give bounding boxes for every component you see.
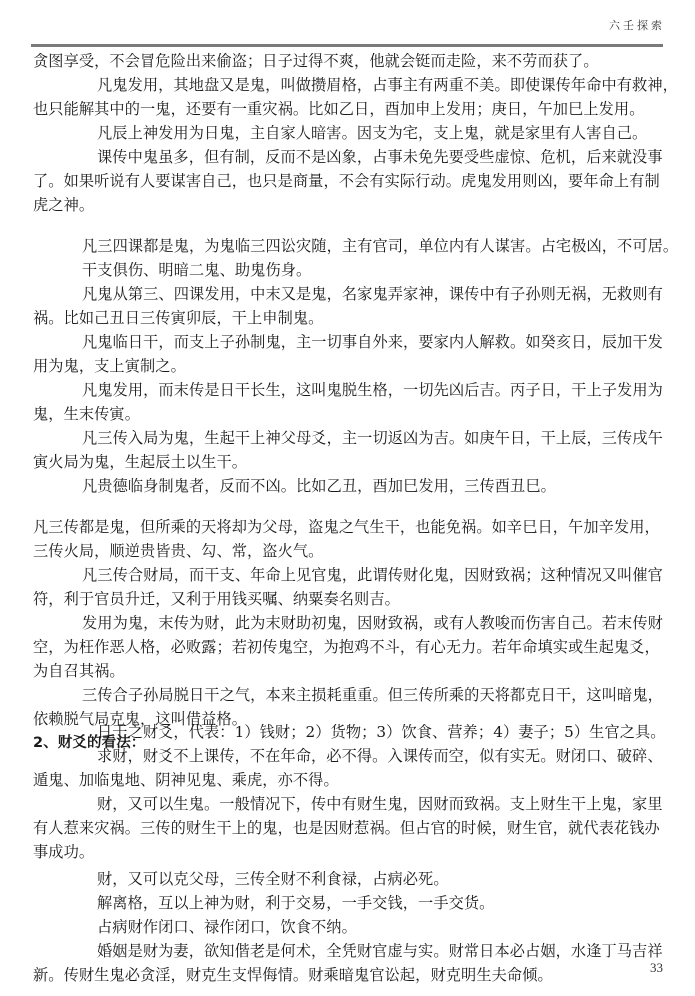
text-line: 求财，财爻不上课传，不在年命，必不得。入课传而空，似有实无。财闭口、破碎、 bbox=[97, 745, 663, 767]
text-line: 干支俱伤、明暗二鬼、助鬼伤身。 bbox=[82, 259, 311, 281]
text-line: 有人惹来灾祸。三传的财生干上的鬼，也是因财惹祸。但占官的时候，财生官，就代表花钱… bbox=[33, 817, 660, 839]
text-line: 符，利于官员升迁，又利于用钱买嘱、纳粟奏名则吉。 bbox=[33, 588, 400, 610]
text-line: 三传火局，顺逆贵皆贵、勾、常，盗火气。 bbox=[33, 540, 323, 562]
text-line: 遁鬼、加临鬼地、阴神见鬼、乘虎，亦不得。 bbox=[33, 769, 339, 791]
text-line: 婚姻是财为妻，欲知偕老是何术，全凭财官虚与实。财常日本必占姻，水逢丁马吉祥 bbox=[97, 940, 663, 962]
text-line: 凡鬼临日干，而支上子孙制鬼，主一切事自外来，要家内人解救。如癸亥日，辰加干发 bbox=[82, 331, 663, 353]
text-line: 凡三四课都是鬼，为鬼临三四讼灾随，主有官司，单位内有人谋害。占宅极凶，不可居。 bbox=[82, 235, 678, 257]
text-line: 为自召其祸。 bbox=[33, 660, 125, 682]
text-line: 凡贵德临身制鬼者，反而不凶。比如乙丑，酉加巳发用，三传酉丑巳。 bbox=[82, 475, 556, 497]
text-line: 凡鬼从第三、四课发用，中末又是鬼，名家鬼弄家神，课传中有子孙则无祸，无救则有 bbox=[82, 283, 663, 305]
text-line: 了。如果听说有人要谋害自己，也只是商量，不会有实际行动。虎鬼发用则凶，要年命上有… bbox=[33, 170, 660, 192]
text-line: 事成功。 bbox=[33, 841, 94, 863]
text-line: 财，又可以克父母，三传全财不利食禄，占病必死。 bbox=[97, 868, 449, 890]
text-line: 虎之神。 bbox=[33, 194, 94, 216]
text-line: 新。传财生鬼必贪淫，财克生支悍侮情。财乘暗鬼官讼起，财克明生夫命倾。 bbox=[33, 964, 553, 986]
text-line: 祸。比如己丑日三传寅卯辰，干上申制鬼。 bbox=[33, 307, 323, 329]
text-line: 凡三传入局为鬼，生起干上神父母爻，主一切返凶为吉。如庚午日，干上辰，三传戌午 bbox=[82, 427, 663, 449]
text-line: 凡三传合财局，而干支、年命上见官鬼，此谓传财化鬼，因财致祸；这种情况又叫催官 bbox=[82, 564, 663, 586]
text-line: 三传合子孙局脱日干之气，本来主损耗重重。但三传所乘的天将都克日干，这叫暗鬼， bbox=[82, 684, 663, 706]
text-line: 凡三传都是鬼，但所乘的天将却为父母，盗鬼之气生干，也能免祸。如辛巳日，午加辛发用… bbox=[33, 516, 660, 538]
text-line: 凡鬼发用，其地盘又是鬼，叫做攒眉格，占事主有两重不美。即使课传年命中有救神， bbox=[97, 74, 678, 96]
text-line: 凡辰上神发用为日鬼，主自家人暗害。因支为宅，支上鬼，就是家里有人害自己。 bbox=[97, 122, 647, 144]
text-line: 解离格，互以上神为财，利于交易，一手交钱，一手交货。 bbox=[97, 892, 494, 914]
text-line: 课传中鬼虽多，但有制，反而不是凶象，占事未免先要受些虚惊、危机，后来就没事 bbox=[97, 146, 663, 168]
header-divider bbox=[31, 44, 663, 47]
text-line: 鬼，生末传寅。 bbox=[33, 403, 140, 425]
text-line: 凡鬼发用，而末传是日干长生，这叫鬼脱生格，一切先凶后吉。丙子日，干上子发用为 bbox=[82, 379, 663, 401]
page-number: 33 bbox=[650, 960, 663, 976]
text-line: 寅火局为鬼，生起辰土以生干。 bbox=[33, 451, 247, 473]
text-line: 财，又可以生鬼。一般情况下，传中有财生鬼，因财而致祸。支上财生干上鬼，家里 bbox=[97, 793, 663, 815]
text-line: 发用为鬼，末传为财，此为末财助初鬼，因财致祸，或有人教唆而伤害自己。若末传财 bbox=[82, 612, 663, 634]
text-line: 用为鬼，支上寅制之。 bbox=[33, 355, 186, 377]
text-line: 日干之财爻，代表：1）钱财；2）货物；3）饮食、营养；4）妻子；5）生官之具。 bbox=[97, 721, 666, 743]
text-line: 空，为枉作恶人格，必败露；若初传鬼空，为抱鸡不斗，有心无力。若年命填实或生起鬼爻… bbox=[33, 636, 660, 658]
text-line: 也只能解其中的一鬼，还要有一重灾祸。比如乙日，酉加申上发用；庚日，午加巳上发用。 bbox=[33, 98, 645, 120]
header-mark: 六壬探索 bbox=[609, 17, 665, 33]
text-line: 贪图享受，不会冒危险出来偷盗；日子过得不爽，他就会铤而走险，来不劳而获了。 bbox=[33, 50, 599, 72]
text-line: 占病财作闭口、禄作闭口，饮食不纳。 bbox=[97, 916, 357, 938]
